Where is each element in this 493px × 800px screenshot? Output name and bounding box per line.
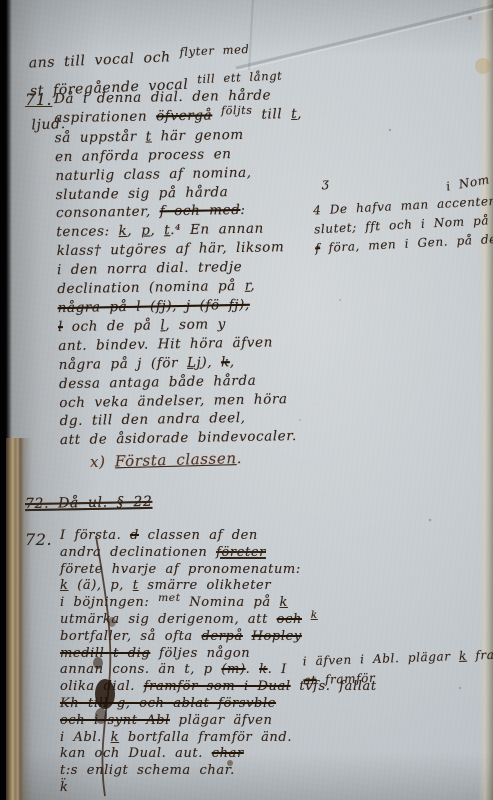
manuscript-text: plägar äfven (170, 713, 273, 728)
manuscript-text: utmärka sig derigenom, att (60, 612, 277, 627)
manuscript-text: klass† utgöres af här, liksom (57, 239, 285, 259)
heading-72-struck: 72. Då ul. § 22 (25, 493, 153, 513)
manuscript-text: Kh till g, och ablat försvble (60, 696, 276, 711)
manuscript-text: medill t dig (60, 646, 150, 661)
manuscript-text: met (158, 591, 181, 604)
manuscript-line: i böjningen: met Nomina på k (60, 595, 377, 612)
manuscript-text: I första. (60, 528, 130, 543)
manuscript-text: öfvergå (156, 107, 212, 124)
manuscript-text: 72. (25, 530, 52, 549)
manuscript-text: . (246, 662, 259, 677)
manuscript-line: I första. d classen af den (60, 528, 377, 545)
manuscript-text: ʒ (322, 176, 329, 190)
manuscript-text: x) (90, 452, 115, 471)
manuscript-text: och (277, 612, 302, 627)
manuscript-text: dg. till den andra deel, (60, 410, 246, 429)
manuscript-line: 71. (25, 90, 52, 110)
manuscript-text: k (118, 223, 127, 239)
manuscript-line: bortfaller, så ofta derpå Hopley (60, 629, 377, 646)
manuscript-text (243, 629, 252, 644)
manuscript-text: at (303, 673, 317, 687)
manuscript-text: , (297, 106, 302, 122)
manuscript-text: (ä), p, (68, 578, 132, 593)
manuscript-text: . (236, 449, 242, 467)
manuscript-text: tences: (56, 223, 119, 240)
margin-note-2: i äfven i Abl. plägar k framför botat fr… (302, 644, 493, 691)
manuscript-photo: ans till vocal och flyter medst föregåen… (0, 0, 493, 800)
manuscript-line: 72. Då ul. § 22 (25, 493, 153, 513)
manuscript-line: t:s enligt schema char. (60, 763, 377, 780)
margin-mark: ʒ (322, 176, 329, 190)
manuscript-text: declination (nomina på (57, 278, 245, 297)
manuscript-text (212, 107, 221, 123)
manuscript-text: f och med (160, 202, 241, 219)
manuscript-text: följes någon (150, 646, 250, 661)
manuscript-text: flyter med (179, 42, 249, 59)
manuscript-text: framför (316, 671, 375, 687)
manuscript-text: bortfaller, så ofta (60, 629, 202, 644)
manuscript-text: ant. bindev. Hit höra äfven (58, 334, 273, 354)
manuscript-text: Hopley (252, 629, 302, 644)
manuscript-text: .⁴ En annan (170, 221, 264, 239)
manuscript-text: framför bot (467, 646, 493, 663)
manuscript-line: i Abl. k bortfalla framför änd. (60, 730, 377, 747)
manuscript-line: k (ä), p, t smärre olikheter (60, 578, 377, 595)
manuscript-text: , (250, 278, 255, 294)
manuscript-text: och de på (63, 317, 161, 335)
manuscript-text: . I (268, 662, 287, 677)
manuscript-text: ), (201, 354, 221, 370)
manuscript-text: k (259, 662, 267, 677)
manuscript-text: aspirationen (54, 108, 156, 126)
manuscript-text: Nomina på (181, 595, 280, 610)
manuscript-text: några på l (fj), j (fö fj), (58, 297, 250, 316)
manuscript-text: i böjningen: (60, 595, 158, 610)
manuscript-text: , (127, 223, 141, 239)
manuscript-text: classen af den (139, 528, 258, 543)
manuscript-text: och veka ändelser, men höra (59, 391, 288, 411)
manuscript-text: förete hvarje af pronomenatum: (60, 562, 301, 577)
manuscript-text: 71. (25, 90, 52, 109)
manuscript-line: och i synt Abl plägar äfven (60, 713, 377, 730)
manuscript-text: så uppstår (55, 128, 146, 146)
manuscript-text: i äfven i Abl. plägar (302, 649, 459, 668)
manuscript-text: följts (221, 104, 253, 118)
manuscript-text: t:s enligt schema char. (60, 763, 235, 778)
manuscript-text: char (212, 746, 244, 761)
manuscript-line: ʒ (322, 176, 329, 190)
book-spine-edge (0, 0, 12, 472)
manuscript-text: d (130, 528, 139, 543)
manuscript-line: utmärka sig derigenom, att och k (60, 612, 377, 629)
manuscript-text: (m) (221, 662, 245, 677)
manuscript-text: annan cons. än t, p (60, 662, 221, 677)
stacked-page-edges (0, 438, 32, 800)
manuscript-text: framför som i Dual (144, 679, 291, 694)
manuscript-line: kan och Dual. aut. char (60, 746, 377, 763)
manuscript-text: i Abl. (60, 730, 111, 745)
manuscript-text: , (150, 223, 164, 239)
manuscript-text: k̈ (60, 780, 68, 795)
manuscript-text: till (252, 106, 291, 123)
manuscript-line: förete hvarje af pronomenatum: (60, 562, 377, 579)
para-71-text: Då i denna dial. den hårdeaspirationen ö… (54, 86, 308, 450)
manuscript-text: k (111, 730, 119, 745)
manuscript-text: och i synt Abl (60, 713, 170, 728)
margin-note-1: 4 De hafva man accenten påslutet; fft oc… (313, 191, 493, 259)
manuscript-line: Kh till g, och ablat försvble (60, 696, 377, 713)
manuscript-line: andra declinationen företer (60, 545, 377, 562)
manuscript-text: 72. Då ul. § 22 (25, 494, 153, 512)
manuscript-text (302, 612, 311, 627)
para-72-number: 72. (25, 530, 52, 550)
manuscript-text: naturlig class af nomina, (55, 164, 252, 183)
para-71-number: 71. (25, 90, 52, 110)
manuscript-text: dessa antaga både hårda (59, 372, 257, 391)
manuscript-text: företer (216, 545, 266, 560)
manuscript-line: k̈ (60, 780, 377, 797)
manuscript-text: p (141, 223, 151, 239)
manuscript-text: till ett långt (197, 68, 283, 86)
manuscript-text: några på j (för (59, 355, 188, 373)
manuscript-text: Första classen (115, 449, 237, 470)
manuscript-text: här genom (152, 127, 244, 145)
manuscript-text: att de åsidorade bindevocaler. (60, 428, 297, 448)
manuscript-text: slutande sig på hårda (56, 184, 229, 203)
manuscript-text: i den norra dial. tredje (57, 259, 243, 278)
manuscript-text: olika dial. (60, 679, 144, 694)
manuscript-text: : (240, 202, 245, 218)
manuscript-text: k (279, 595, 287, 610)
manuscript-text: , (230, 354, 235, 370)
manuscript-text: ans till vocal och (28, 49, 180, 72)
manuscript-line: 72. (25, 530, 52, 550)
manuscript-text: en anförda process en (55, 146, 232, 165)
manuscript-text: Lj (187, 354, 202, 370)
manuscript-line: x) Första classen. (90, 448, 242, 472)
manuscript-text: consonanter, (56, 204, 160, 222)
manuscript-text: kan och Dual. aut. (60, 746, 212, 761)
manuscript-text: , som y (165, 316, 226, 333)
manuscript-text: k (311, 608, 318, 621)
manuscript-text: bortfalla framför änd. (119, 730, 292, 745)
manuscript-text: derpå (202, 629, 243, 644)
heading-forsta-classen: x) Första classen. (90, 448, 242, 472)
manuscript-text: andra declinationen (60, 545, 216, 560)
